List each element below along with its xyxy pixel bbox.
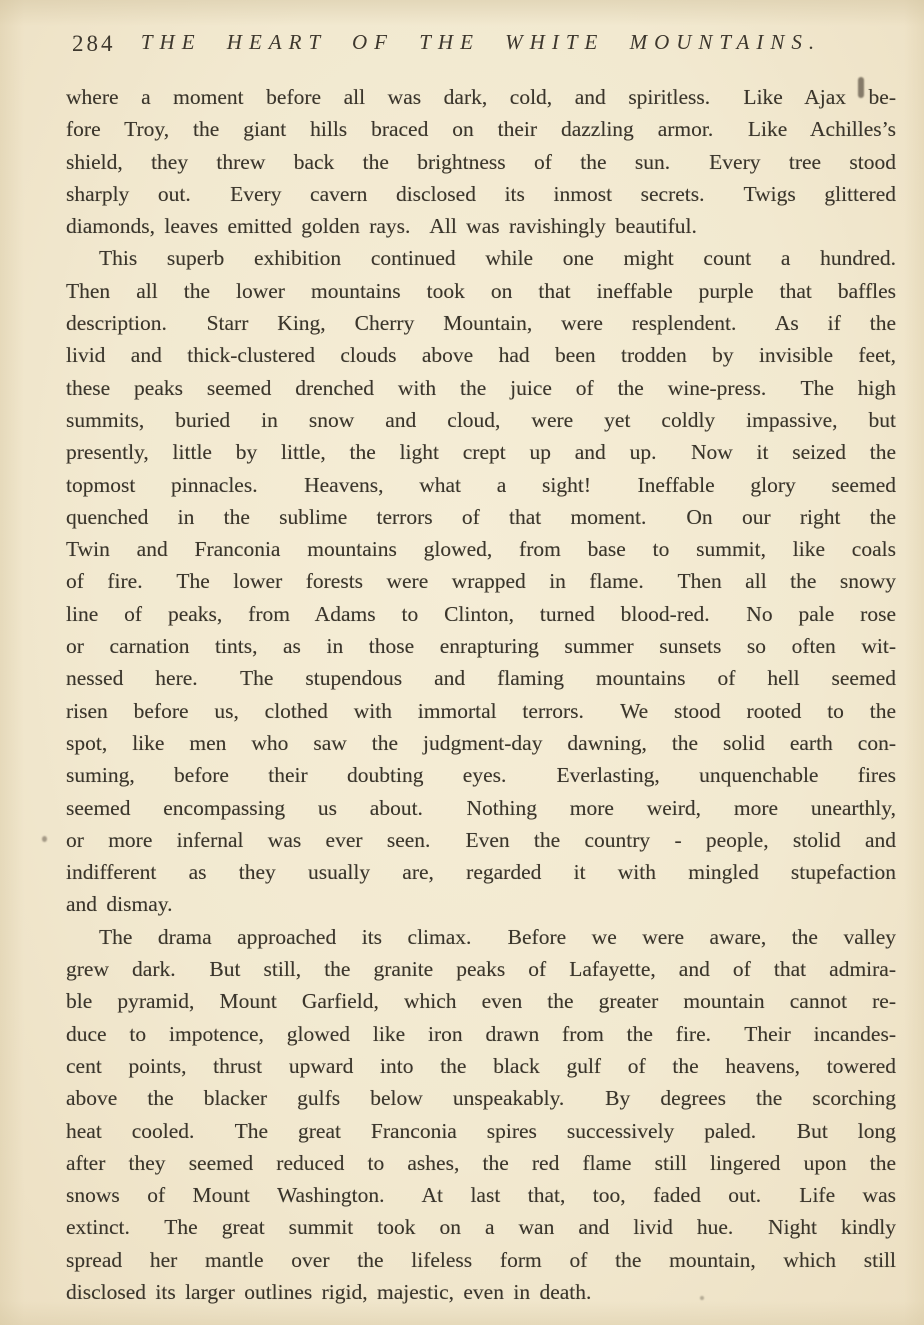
text-line: Twin and Franconia mountains glowed, fro… <box>66 533 896 565</box>
running-header: 284 THE HEART OF THE WHITE MOUNTAINS. <box>66 28 896 64</box>
text-line: or carnation tints, as in those enraptur… <box>66 630 896 662</box>
paragraph: where a moment before all was dark, cold… <box>66 81 896 242</box>
text-line: diamonds, leaves emitted golden rays. Al… <box>66 210 896 242</box>
body-text: where a moment before all was dark, cold… <box>66 81 896 1308</box>
text-line: quenched in the sublime terrors of that … <box>66 501 896 533</box>
text-line: sharply out. Every cavern disclosed its … <box>66 178 896 210</box>
paragraph: This superb exhibition continued while o… <box>66 242 896 920</box>
text-line: disclosed its larger outlines rigid, maj… <box>66 1276 896 1308</box>
text-line: of fire. The lower forests were wrapped … <box>66 565 896 597</box>
text-line: shield, they threw back the brightness o… <box>66 146 896 178</box>
text-line: indifferent as they usually are, regarde… <box>66 856 896 888</box>
text-line: line of peaks, from Adams to Clinton, tu… <box>66 598 896 630</box>
text-line: duce to impotence, glowed like iron draw… <box>66 1018 896 1050</box>
text-line: nessed here. The stupendous and flaming … <box>66 662 896 694</box>
text-line: Then all the lower mountains took on tha… <box>66 275 896 307</box>
text-line: or more infernal was ever seen. Even the… <box>66 824 896 856</box>
ink-speck <box>858 77 864 98</box>
text-line: This superb exhibition continued while o… <box>66 242 896 274</box>
text-line: topmost pinnacles. Heavens, what a sight… <box>66 469 896 501</box>
text-line: spread her mantle over the lifeless form… <box>66 1244 896 1276</box>
text-line: cent points, thrust upward into the blac… <box>66 1050 896 1082</box>
text-line: heat cooled. The great Franconia spires … <box>66 1115 896 1147</box>
text-line: fore Troy, the giant hills braced on the… <box>66 113 896 145</box>
text-line: risen before us, clothed with immortal t… <box>66 695 896 727</box>
text-line: suming, before their doubting eyes. Ever… <box>66 759 896 791</box>
text-line: these peaks seemed drenched with the jui… <box>66 372 896 404</box>
book-page: 284 THE HEART OF THE WHITE MOUNTAINS. wh… <box>0 0 924 1325</box>
ink-speck <box>42 836 47 842</box>
text-line: after they seemed reduced to ashes, the … <box>66 1147 896 1179</box>
text-line: summits, buried in snow and cloud, were … <box>66 404 896 436</box>
text-line: presently, little by little, the light c… <box>66 436 896 468</box>
text-line: ble pyramid, Mount Garfield, which even … <box>66 985 896 1017</box>
text-line: description. Starr King, Cherry Mountain… <box>66 307 896 339</box>
paragraph: The drama approached its climax. Before … <box>66 921 896 1309</box>
text-line: above the blacker gulfs below unspeakabl… <box>66 1082 896 1114</box>
ink-speck <box>700 1296 704 1300</box>
text-line: snows of Mount Washington. At last that,… <box>66 1179 896 1211</box>
running-title: THE HEART OF THE WHITE MOUNTAINS. <box>66 30 896 55</box>
text-line: grew dark. But still, the granite peaks … <box>66 953 896 985</box>
text-line: livid and thick-clustered clouds above h… <box>66 339 896 371</box>
text-line: and dismay. <box>66 888 896 920</box>
text-line: where a moment before all was dark, cold… <box>66 81 896 113</box>
text-line: spot, like men who saw the judgment-day … <box>66 727 896 759</box>
text-line: The drama approached its climax. Before … <box>66 921 896 953</box>
text-line: extinct. The great summit took on a wan … <box>66 1211 896 1243</box>
text-line: seemed encompassing us about. Nothing mo… <box>66 792 896 824</box>
